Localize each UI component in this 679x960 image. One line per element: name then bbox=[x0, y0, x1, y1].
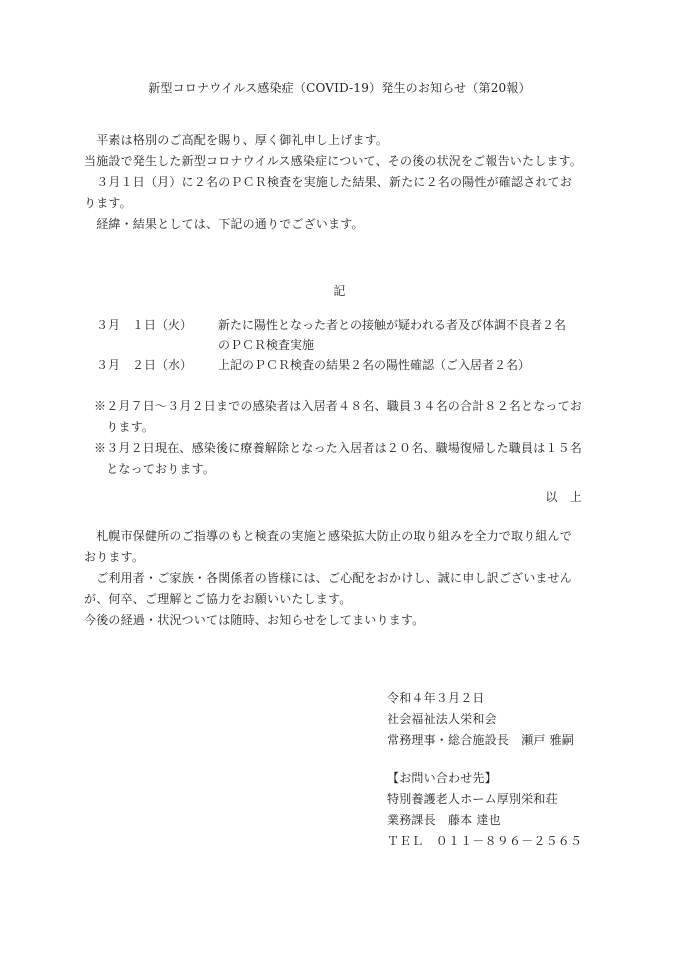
intro-line-1: 平素は格別のご高配を賜り、厚く御礼申し上げます。 bbox=[84, 132, 388, 148]
closing-line-4: が、何卒、ご理解とご協力をお願いいたします。 bbox=[84, 591, 351, 607]
intro-line-3: ３月１日（月）に２名のＰＣＲ検査を実施した結果、新たに２名の陽性が確認されてお bbox=[84, 174, 572, 190]
closing-line-3: ご利用者・ご家族・各関係者の皆様には、ご心配をおかけし、誠に申し訳ございません bbox=[84, 570, 572, 586]
closing-line-2: おります。 bbox=[84, 549, 144, 565]
event-text-line: 上記のＰＣＲ検査の結果２名の陽性確認（ご入居者２名） bbox=[218, 357, 530, 373]
closing-line-1: 札幌市保健所のご指導のもと検査の実施と感染拡大防止の取り組みを全力で取り組んで bbox=[84, 528, 572, 544]
contact-tel: ＴＥＬ ０１１－８９６－２５６５ bbox=[387, 833, 582, 849]
event-date: ３月 ２日（水） bbox=[96, 357, 192, 373]
event-date: ３月 １日（火） bbox=[96, 317, 192, 333]
closing-line-5: 今後の経過・状況ついては随時、お知らせをしてまいります。 bbox=[84, 612, 424, 628]
signature-org: 社会福祉法人栄和会 bbox=[387, 711, 497, 727]
intro-line-4: ります。 bbox=[84, 195, 132, 211]
ki-heading: 記 bbox=[0, 283, 679, 299]
intro-line-5: 経緯・結果としては、下記の通りでございます。 bbox=[84, 216, 364, 232]
note-line-3: ※３月２日現在、感染後に療養解除となった入居者は２０名、職場復帰した職員は１５名 bbox=[94, 440, 582, 456]
contact-heading: 【お問い合わせ先】 bbox=[387, 770, 497, 786]
closing-mark: 以 上 bbox=[480, 489, 582, 505]
document-title: 新型コロナウイルス感染症（COVID-19）発生のお知らせ（第20報） bbox=[0, 80, 679, 96]
intro-line-2: 当施設で発生した新型コロナウイルス感染症について、その後の状況をご報告いたします… bbox=[84, 153, 582, 169]
note-line-2: ります。 bbox=[94, 419, 154, 435]
contact-person: 業務課長 藤本 達也 bbox=[387, 812, 501, 828]
contact-facility: 特別養護老人ホーム厚別栄和荘 bbox=[387, 791, 558, 807]
note-line-4: となっております。 bbox=[94, 461, 215, 477]
event-text-line: 新たに陽性となった者との接触が疑われる者及び体調不良者２名 bbox=[218, 317, 566, 333]
signature-title-name: 常務理事・総合施設長 瀬戸 雅嗣 bbox=[387, 732, 574, 748]
event-text-line: のＰＣＲ検査実施 bbox=[218, 337, 314, 353]
signature-date: 令和４年３月２日 bbox=[387, 690, 485, 706]
note-line-1: ※２月７日～３月２日までの感染者は入居者４８名、職員３４名の合計８２名となってお bbox=[94, 398, 582, 414]
